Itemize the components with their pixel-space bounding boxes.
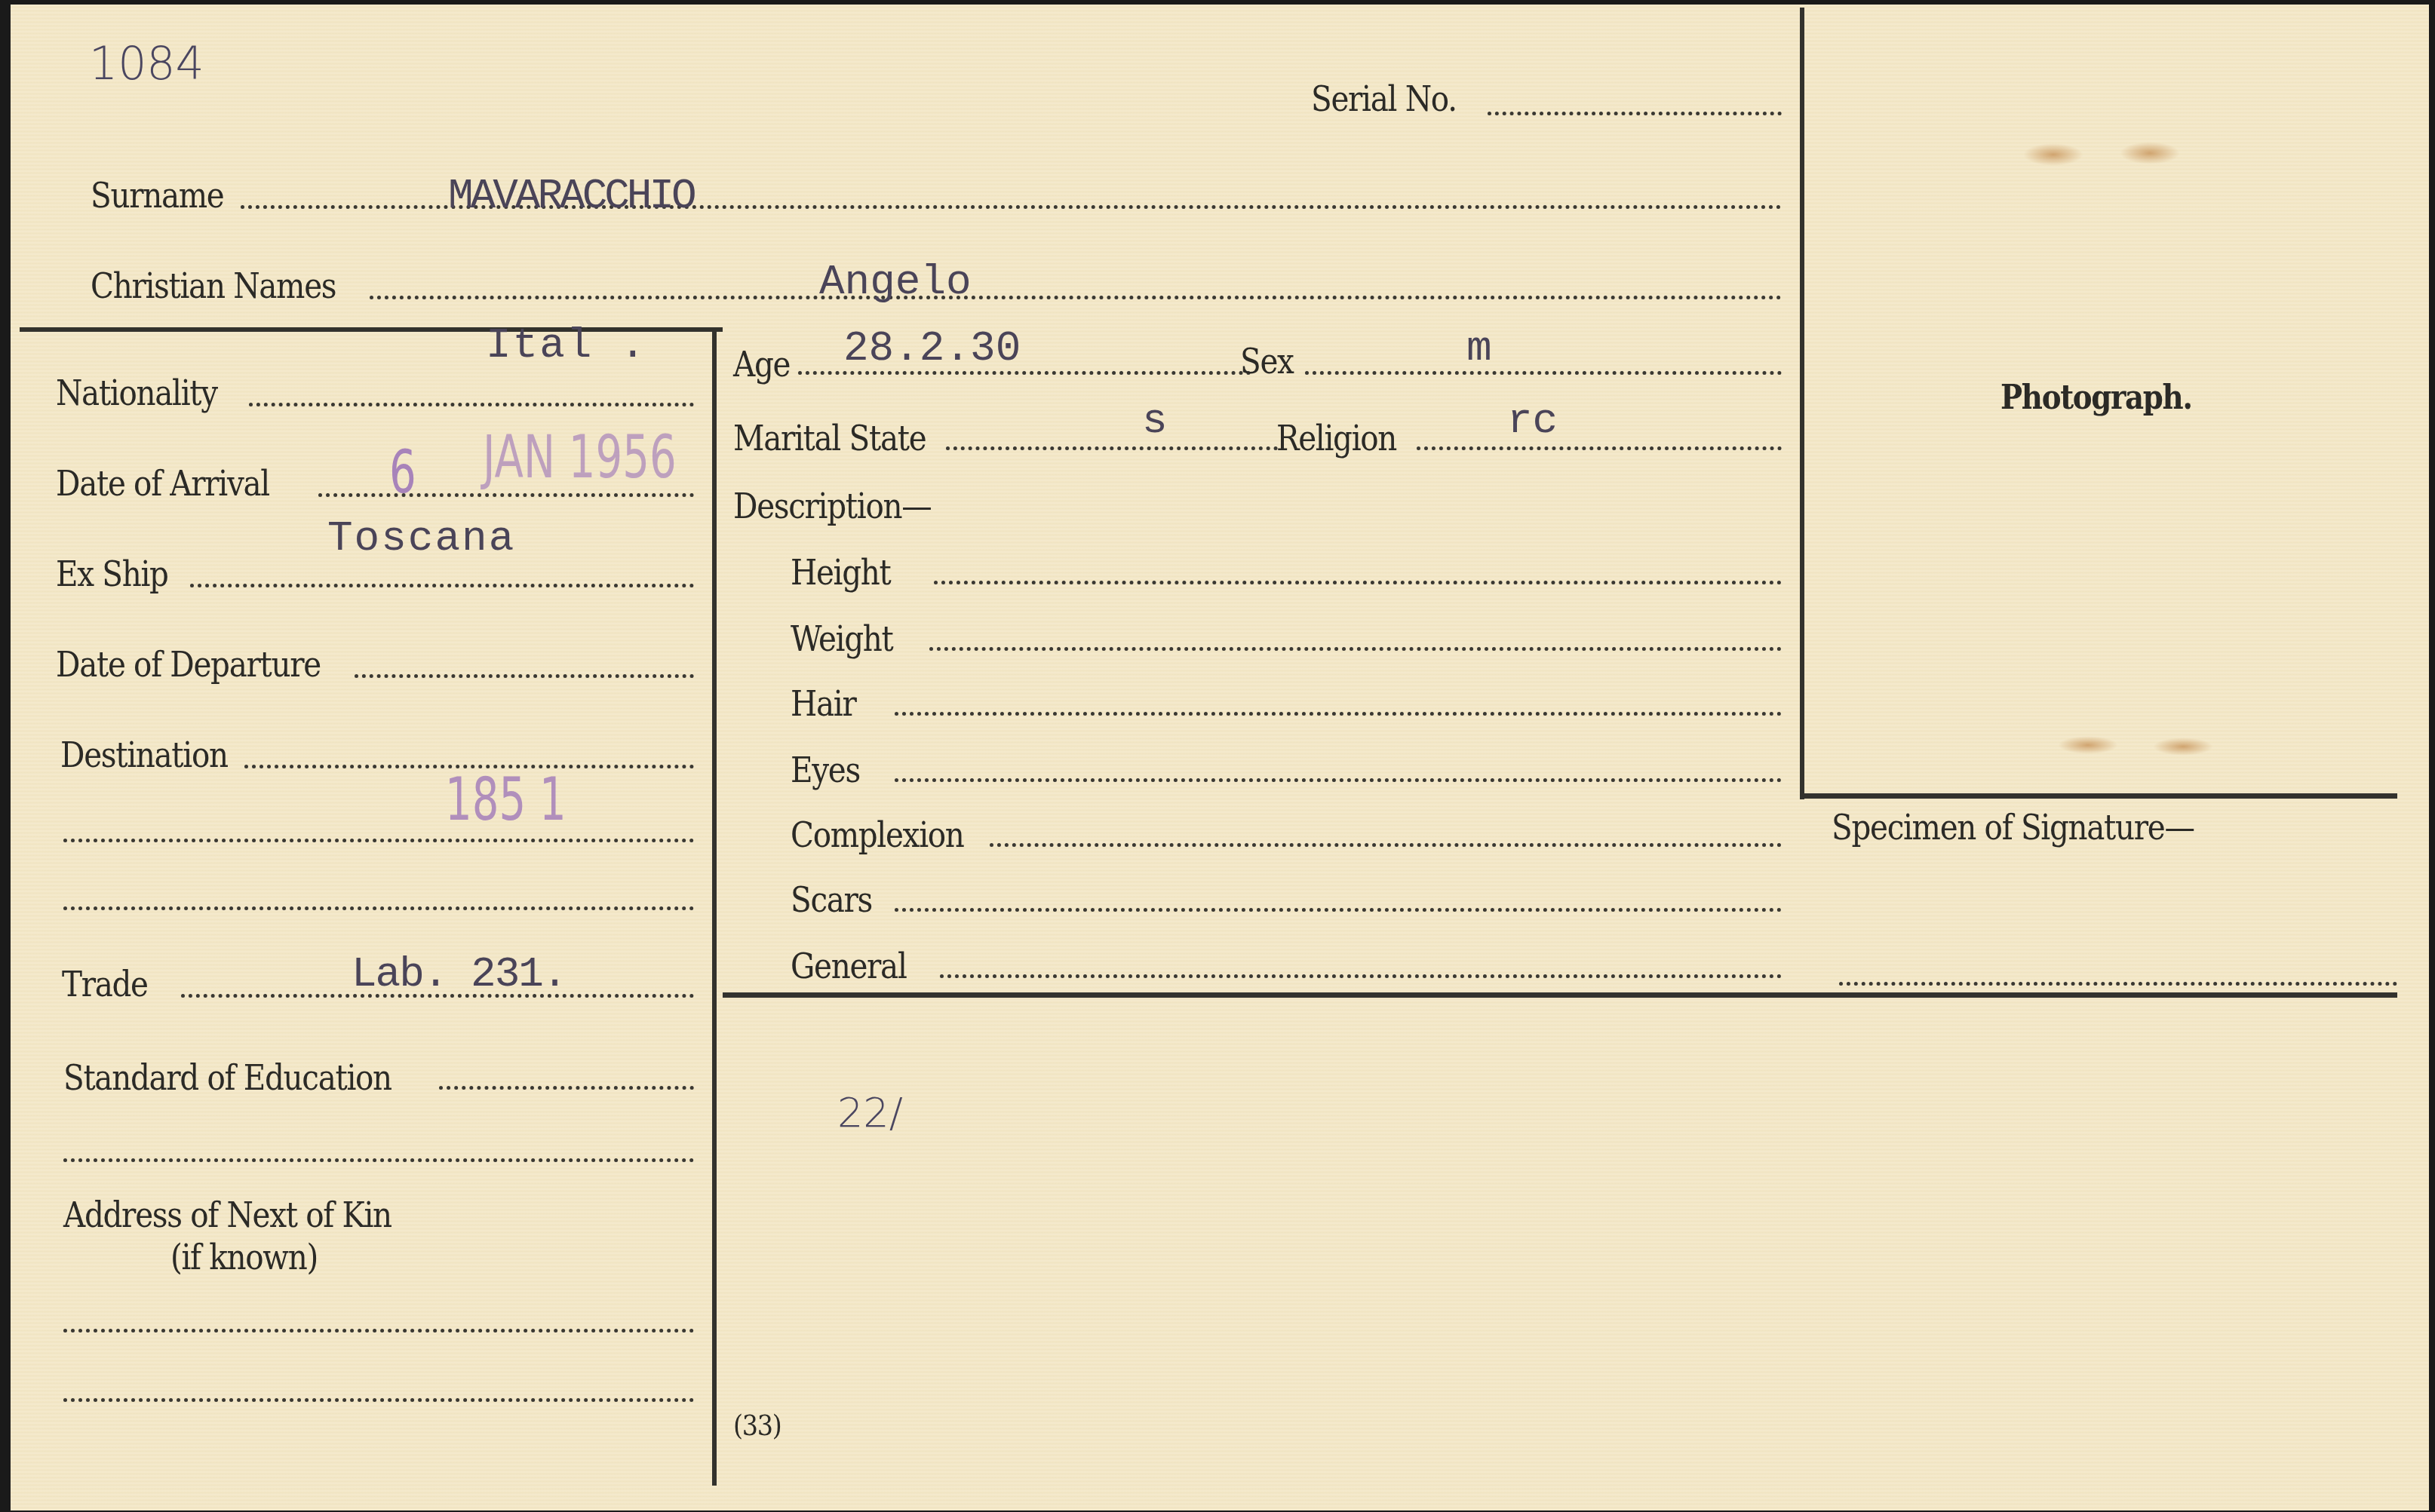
destination-field-line-3[interactable] — [63, 906, 694, 910]
description-general-label: General — [791, 946, 907, 986]
signature-field[interactable] — [1839, 982, 2397, 986]
photo-box-left-rule — [1800, 8, 1804, 799]
description-weight-label: Weight — [791, 618, 893, 659]
photograph-area[interactable] — [1813, 47, 2394, 786]
photo-box-bottom-rule — [1800, 793, 2397, 799]
marital-state-value: s — [1142, 397, 1168, 445]
description-complexion-field[interactable] — [990, 843, 1782, 847]
address-next-of-kin-field-line-1[interactable] — [63, 1329, 694, 1333]
religion-value: rc — [1507, 397, 1558, 445]
sex-value: m — [1466, 324, 1492, 373]
notes-value: 22/ — [837, 1089, 903, 1136]
nationality-field[interactable] — [249, 403, 694, 406]
date-of-arrival-stamp-day: 6 — [389, 439, 416, 507]
specimen-of-signature-label: Specimen of Signature— — [1832, 807, 2194, 848]
sex-field[interactable] — [1305, 371, 1782, 375]
religion-field[interactable] — [1417, 446, 1782, 450]
age-value: 28.2.30 — [843, 324, 1021, 373]
marital-state-field[interactable] — [946, 446, 1278, 450]
surname-label: Surname — [91, 175, 223, 216]
nationality-value: Ital . — [486, 321, 647, 370]
ex-ship-value: Toscana — [327, 514, 515, 563]
pin-mark-stain — [2153, 738, 2213, 756]
description-eyes-field[interactable] — [895, 778, 1782, 782]
description-complexion-label: Complexion — [791, 814, 964, 855]
surname-value: MAVARACCHIO — [448, 172, 694, 220]
description-height-label: Height — [791, 552, 891, 593]
date-of-arrival-stamp-month-year: JAN 1956 — [483, 424, 677, 492]
destination-stamp: 185 1 — [445, 766, 567, 834]
description-hair-label: Hair — [791, 683, 855, 724]
destination-label: Destination — [60, 735, 228, 775]
address-next-of-kin-sublabel: (if known) — [170, 1237, 318, 1277]
description-bottom-rule — [723, 992, 2397, 998]
standard-of-education-field-line-2[interactable] — [63, 1158, 694, 1162]
christian-names-value: Angelo — [819, 258, 972, 306]
sex-label: Sex — [1240, 341, 1294, 382]
date-of-arrival-field[interactable] — [318, 493, 694, 497]
registration-card: 1084 Serial No. Surname MAVARACCHIO Chri… — [11, 5, 2429, 1510]
form-number: (33) — [733, 1409, 781, 1442]
christian-names-field[interactable] — [370, 296, 1782, 299]
address-next-of-kin-label: Address of Next of Kin — [63, 1195, 392, 1235]
nationality-label: Nationality — [56, 373, 217, 413]
date-of-arrival-label: Date of Arrival — [56, 463, 269, 504]
trade-value: Lab. 231. — [352, 950, 566, 998]
marital-state-label: Marital State — [733, 418, 926, 459]
standard-of-education-label: Standard of Education — [63, 1057, 392, 1098]
description-scars-label: Scars — [791, 879, 872, 920]
pin-mark-stain — [2023, 143, 2083, 166]
left-column-divider — [712, 327, 717, 1486]
destination-field-line-2[interactable] — [63, 839, 694, 842]
pin-mark-stain — [2058, 736, 2118, 754]
ex-ship-field[interactable] — [190, 584, 694, 587]
ex-ship-label: Ex Ship — [56, 554, 168, 594]
date-of-departure-field[interactable] — [355, 674, 694, 678]
serial-no-field[interactable] — [1488, 112, 1782, 115]
christian-names-label: Christian Names — [91, 265, 336, 306]
pin-mark-stain — [2120, 142, 2180, 164]
description-height-field[interactable] — [934, 581, 1782, 584]
description-weight-field[interactable] — [929, 647, 1782, 651]
description-hair-field[interactable] — [895, 712, 1782, 716]
trade-label: Trade — [62, 964, 148, 1004]
serial-no-label: Serial No. — [1311, 78, 1457, 119]
description-general-field[interactable] — [940, 974, 1782, 978]
description-scars-field[interactable] — [895, 908, 1782, 912]
religion-label: Religion — [1276, 418, 1396, 459]
description-eyes-label: Eyes — [791, 750, 860, 790]
standard-of-education-field[interactable] — [439, 1086, 694, 1090]
date-of-departure-label: Date of Departure — [56, 644, 321, 685]
address-next-of-kin-field-line-2[interactable] — [63, 1398, 694, 1402]
age-label: Age — [733, 344, 790, 385]
description-label: Description— — [733, 486, 931, 526]
reference-number: 1084 — [89, 38, 204, 90]
